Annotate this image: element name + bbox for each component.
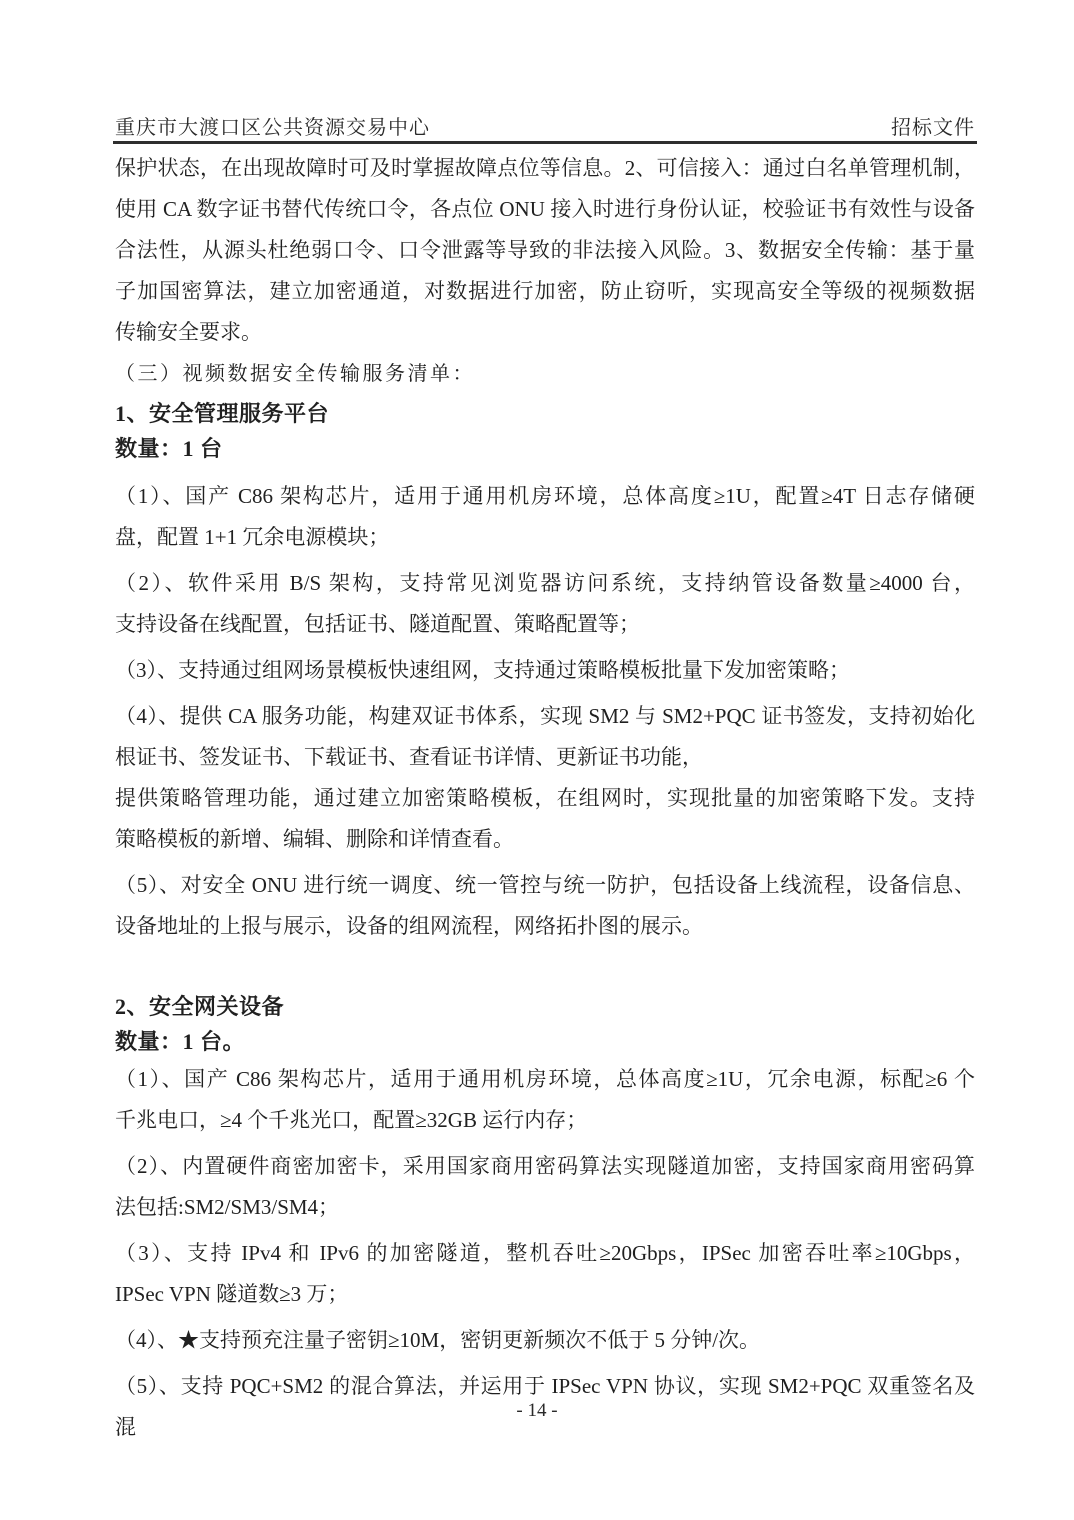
text-line: 保护状态，在出现故障时可及时掌握故障点位等信息。2、可信接入：通过白名单管理机制… — [115, 148, 975, 189]
document-page: 重庆市大渡口区公共资源交易中心 招标文件 保护状态，在出现故障时可及时掌握故障点… — [0, 0, 1074, 1520]
section-title: 数量：1 台。 — [115, 1024, 975, 1059]
text-line: （1）、国产 C86 架构芯片，适用于通用机房环境，总体高度≥1U，配置≥4T … — [115, 476, 975, 517]
header-doc-type: 招标文件 — [891, 111, 975, 140]
text-line: 千兆电口，≥4 个千兆光口，配置≥32GB 运行内存； — [115, 1100, 975, 1141]
text-line: 子加国密算法，建立加密通道，对数据进行加密，防止窃听，实现高安全等级的视频数据 — [115, 271, 975, 312]
line-spacer — [115, 947, 975, 989]
text-line: （5）、对安全 ONU 进行统一调度、统一管控与统一防护，包括设备上线流程，设备… — [115, 865, 975, 906]
text-line: 策略模板的新增、编辑、删除和详情查看。 — [115, 819, 975, 860]
text-line: 盘，配置 1+1 冗余电源模块； — [115, 517, 975, 558]
text-line: （4）、提供 CA 服务功能，构建双证书体系，实现 SM2 与 SM2+PQC … — [115, 696, 975, 737]
page-footer: - 14 - — [0, 1400, 1074, 1422]
section-title: 2、安全网关设备 — [115, 989, 975, 1024]
text-line: （1）、国产 C86 架构芯片，适用于通用机房环境，总体高度≥1U，冗余电源，标… — [115, 1059, 975, 1100]
text-line: （3）、支持通过组网场景模板快速组网，支持通过策略模板批量下发加密策略； — [115, 650, 975, 691]
header-org-name: 重庆市大渡口区公共资源交易中心 — [115, 111, 430, 140]
text-line: （2）、内置硬件商密加密卡，采用国家商用密码算法实现隧道加密，支持国家商用密码算 — [115, 1146, 975, 1187]
header-divider — [113, 141, 977, 144]
text-line: 支持设备在线配置，包括证书、隧道配置、策略配置等； — [115, 604, 975, 645]
text-line: 合法性，从源头杜绝弱口令、口令泄露等导致的非法接入风险。3、数据安全传输：基于量 — [115, 230, 975, 271]
page-header: 重庆市大渡口区公共资源交易中心 招标文件 — [115, 111, 975, 140]
text-line: 传输安全要求。 — [115, 312, 975, 353]
text-line: （2）、软件采用 B/S 架构，支持常见浏览器访问系统，支持纳管设备数量≥400… — [115, 563, 975, 604]
section-title: 1、安全管理服务平台 — [115, 396, 975, 431]
text-line: （3）、支持 IPv4 和 IPv6 的加密隧道，整机吞吐≥20Gbps，IPS… — [115, 1233, 975, 1274]
document-body: 保护状态，在出现故障时可及时掌握故障点位等信息。2、可信接入：通过白名单管理机制… — [115, 148, 975, 1448]
text-line: IPSec VPN 隧道数≥3 万； — [115, 1274, 975, 1315]
text-line: （4）、★支持预充注量子密钥≥10M，密钥更新频次不低于 5 分钟/次。 — [115, 1320, 975, 1361]
text-line: 设备地址的上报与展示，设备的组网流程，网络拓扑图的展示。 — [115, 906, 975, 947]
subsection-heading: （三）视频数据安全传输服务清单： — [115, 353, 975, 396]
section-title: 数量：1 台 — [115, 431, 975, 466]
text-line: 法包括:SM2/SM3/SM4； — [115, 1187, 975, 1228]
text-line: 提供策略管理功能，通过建立加密策略模板，在组网时，实现批量的加密策略下发。支持 — [115, 778, 975, 819]
text-line: 根证书、签发证书、下载证书、查看证书详情、更新证书功能， — [115, 737, 975, 778]
text-line: 使用 CA 数字证书替代传统口令，各点位 ONU 接入时进行身份认证，校验证书有… — [115, 189, 975, 230]
page-number: - 14 - — [516, 1400, 557, 1421]
